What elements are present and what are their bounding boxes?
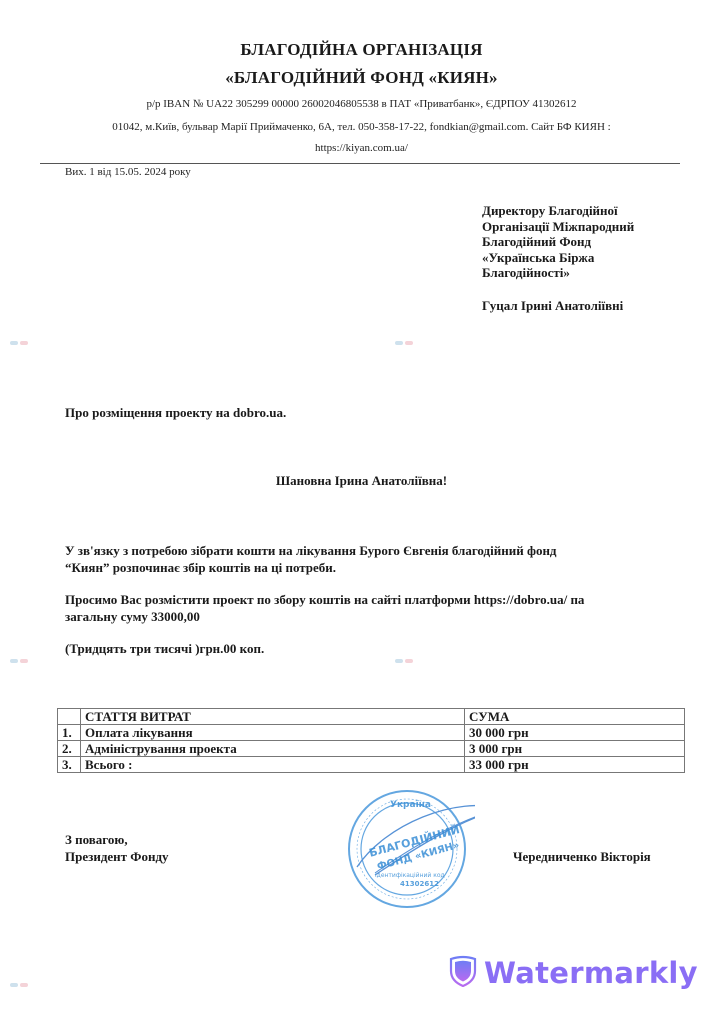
amount-in-words: (Тридцять три тисячі )грн.00 коп. xyxy=(65,640,264,657)
addressee-line: «Українська Біржа xyxy=(482,250,682,266)
scan-mark-icon xyxy=(10,982,28,988)
watermark-text: Watermarkly xyxy=(484,956,698,990)
row-number: 2. xyxy=(58,741,81,757)
watermark: Watermarkly xyxy=(448,953,698,993)
row-number: 3. xyxy=(58,757,81,773)
table-header-cell xyxy=(58,709,81,725)
row-amount: 33 000 грн xyxy=(465,757,685,773)
scan-mark-icon xyxy=(10,658,28,664)
closing-phrase: З повагою, xyxy=(65,831,169,848)
body-line: “Киян” розпочинає збір коштів на ці потр… xyxy=(65,559,557,576)
org-title-line2: «БЛАГОДІЙНИЙ ФОНД «КИЯН» xyxy=(0,68,723,88)
table-row: 3. Всього : 33 000 грн xyxy=(58,757,685,773)
cost-table: СТАТТЯ ВИТРАТ СУМА 1. Оплата лікування 3… xyxy=(57,708,685,773)
addressee-block: Директору Благодійної Організації Міжпар… xyxy=(482,203,682,313)
addressee-line: Благодійності» xyxy=(482,265,682,281)
body-paragraph-2: Просимо Вас розмістити проект по збору к… xyxy=(65,591,584,625)
table-header-cell: СТАТТЯ ВИТРАТ xyxy=(81,709,465,725)
letter-subject: Про розміщення проекту на dobro.ua. xyxy=(65,404,286,421)
outgoing-reference: Вих. 1 від 15.05. 2024 року xyxy=(65,166,191,178)
closing-block: З повагою, Президент Фонду xyxy=(65,831,169,865)
table-row: 2. Адміністрування проекта 3 000 грн xyxy=(58,741,685,757)
org-website: https://kiyan.com.ua/ xyxy=(0,142,723,154)
table-header-cell: СУМА xyxy=(465,709,685,725)
header-divider xyxy=(40,163,680,164)
signer-title: Президент Фонду xyxy=(65,848,169,865)
stamp-code: 41302612 xyxy=(400,880,439,888)
addressee-name: Гуцал Ірині Анатоліївні xyxy=(482,298,682,314)
addressee-line: Організації Міжпародний xyxy=(482,219,682,235)
body-line: У зв'язку з потребою зібрати кошти на лі… xyxy=(65,542,557,559)
scan-mark-icon xyxy=(395,658,413,664)
addressee-line: Благодійний Фонд xyxy=(482,234,682,250)
table-header-row: СТАТТЯ ВИТРАТ СУМА xyxy=(58,709,685,725)
org-title-line1: БЛАГОДІЙНА ОРГАНІЗАЦІЯ xyxy=(0,40,723,60)
row-item: Оплата лікування xyxy=(81,725,465,741)
org-address: 01042, м.Київ, бульвар Марії Приймаченко… xyxy=(0,121,723,133)
salutation: Шановна Ірина Анатоліївна! xyxy=(0,472,723,489)
scan-mark-icon xyxy=(10,340,28,346)
body-paragraph-1: У зв'язку з потребою зібрати кошти на лі… xyxy=(65,542,557,576)
body-line: Просимо Вас розмістити проект по збору к… xyxy=(65,591,584,608)
row-amount: 30 000 грн xyxy=(465,725,685,741)
row-item: Всього : xyxy=(81,757,465,773)
body-line: загальну суму 33000,00 xyxy=(65,608,584,625)
bank-details: р/р IBAN № UA22 305299 00000 26002046805… xyxy=(0,98,723,110)
table-row: 1. Оплата лікування 30 000 грн xyxy=(58,725,685,741)
shield-icon xyxy=(448,955,478,992)
organization-stamp-icon: Україна БЛАГОДІЙНИЙ ФОНД «КИЯН» ідентифі… xyxy=(345,785,475,915)
signer-name: Чередниченко Вікторія xyxy=(513,848,651,865)
row-amount: 3 000 грн xyxy=(465,741,685,757)
addressee-line: Директору Благодійної xyxy=(482,203,682,219)
row-number: 1. xyxy=(58,725,81,741)
stamp-code-label: ідентифікаційний код xyxy=(375,872,445,879)
stamp-top-text: Україна xyxy=(390,800,431,810)
row-item: Адміністрування проекта xyxy=(81,741,465,757)
scan-mark-icon xyxy=(395,340,413,346)
